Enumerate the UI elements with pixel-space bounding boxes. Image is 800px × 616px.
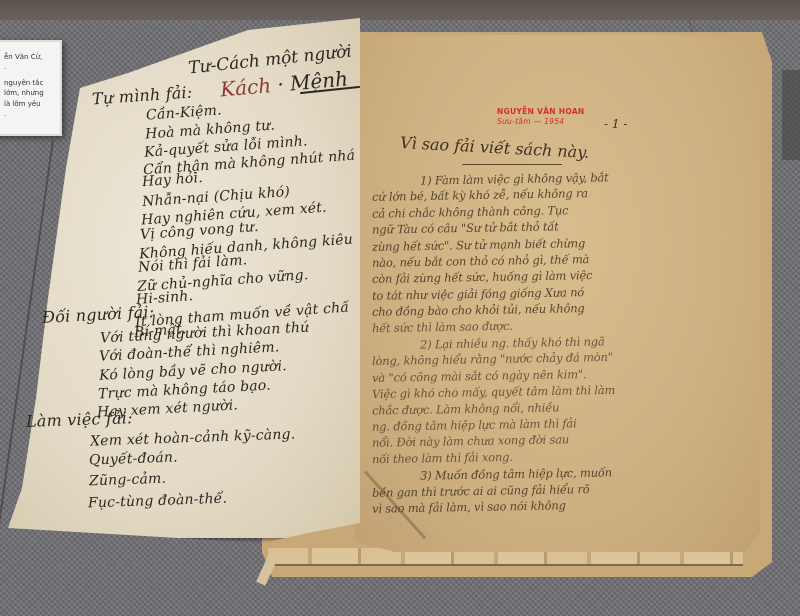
- info-label-text: lớm, nhưng: [4, 89, 44, 97]
- museum-info-label: ễn Văn Cừ,. nguyên tắc lớm, nhưng là lõm…: [0, 40, 62, 136]
- manuscript-line: nối theo làm thì fải xong.: [372, 450, 513, 466]
- page-number: - 1 -: [604, 117, 627, 131]
- title-word-red: Kách: [219, 73, 272, 101]
- display-case-frame: [0, 0, 800, 22]
- info-label-text: nguyên tắc: [4, 79, 43, 87]
- info-label-text: ễn Văn Cừ,: [4, 53, 42, 61]
- info-label-text: .: [4, 63, 6, 71]
- manuscript-line: Zũng-cảm.: [89, 471, 167, 490]
- info-label-text: .: [4, 110, 6, 118]
- collector-stamp: NGUYỄN VĂN HOAN Sưu-tầm — 1954: [497, 107, 585, 127]
- case-shadow: [782, 70, 800, 160]
- stamp-subtitle: Sưu-tầm — 1954: [497, 117, 585, 127]
- manuscript-line: Quyết-đoán.: [89, 449, 178, 468]
- heading-underline: [462, 164, 562, 165]
- manuscript-line: chắc được. Làm không nổi, nhiều: [372, 400, 559, 417]
- info-label-text: là lõm yêu: [4, 100, 41, 108]
- section-heading: Làm việc fải:: [26, 408, 133, 431]
- stamp-name: NGUYỄN VĂN HOAN: [497, 107, 585, 117]
- manuscript-line: hết sức thì làm sao được.: [372, 318, 513, 334]
